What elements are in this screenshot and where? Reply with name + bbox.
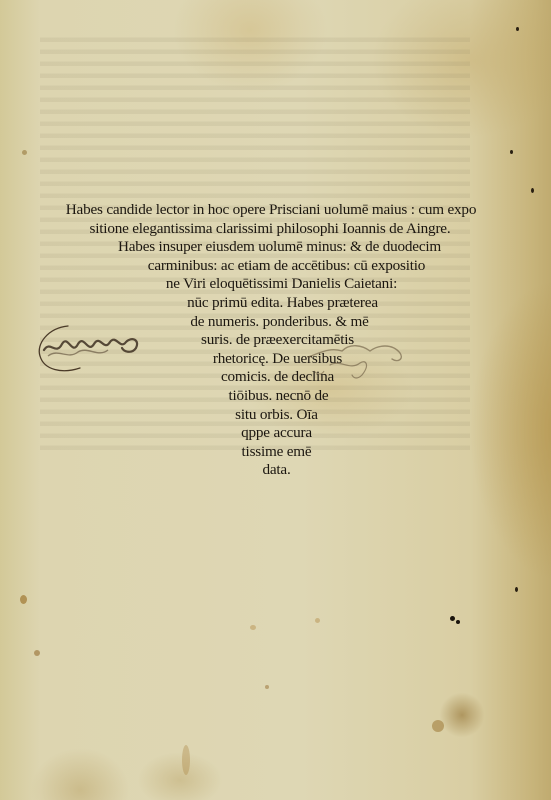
foxing-spot — [22, 150, 27, 155]
ink-spot — [531, 188, 534, 193]
foxing-spot — [20, 595, 27, 604]
title-line: Habes candide lector in hoc opere Prisci… — [0, 201, 551, 220]
ink-spot — [450, 616, 455, 621]
foxing-spot — [250, 625, 256, 630]
title-line: qppe accura — [2, 424, 551, 443]
handwritten-flourish-left-icon — [28, 322, 148, 377]
handwritten-flourish-right-icon — [300, 335, 410, 385]
title-line: carminibus: ac etiam de accētibus: cū ex… — [22, 257, 551, 276]
foxing-spot — [315, 618, 320, 623]
foxing-spot — [182, 745, 190, 775]
foxing-spot — [432, 720, 444, 732]
title-line: tissime emē — [2, 443, 551, 462]
title-line: situ orbis. Oīa — [2, 406, 551, 425]
foxing-spot — [265, 685, 269, 689]
ink-spot — [515, 587, 518, 592]
document-page: Habes candide lector in hoc opere Prisci… — [0, 0, 551, 800]
title-line: tiōibus. necnō de — [6, 387, 551, 406]
foxing-spot — [34, 650, 40, 656]
title-line: data. — [2, 461, 551, 480]
title-line: sitione elegantissima clarissimi philoso… — [0, 220, 551, 239]
ink-spot — [510, 150, 513, 154]
title-line: Habes insuper eiusdem uolumē minus: & de… — [8, 238, 551, 257]
title-line: ne Viri eloquētissimi Danielis Caietani: — [12, 275, 551, 294]
title-line: nūc primū edita. Habes præterea — [14, 294, 551, 313]
ink-spot — [456, 620, 460, 624]
ink-spot — [516, 27, 519, 31]
